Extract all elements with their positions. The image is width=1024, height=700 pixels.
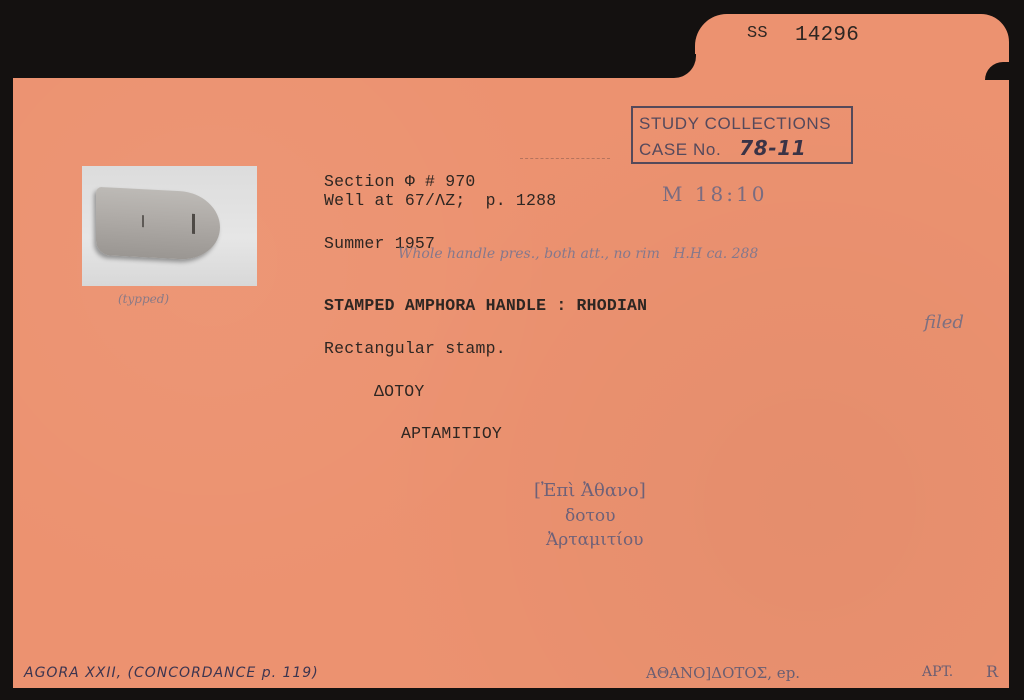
description-note: Whole handle pres., both att., no rim H.… bbox=[398, 246, 758, 262]
footer-fabric-code: APT. bbox=[922, 664, 953, 680]
stamp-case-number: 78-11 bbox=[739, 136, 806, 160]
study-collections-stamp: STUDY COLLECTIONS CASE No.78-11 bbox=[631, 106, 853, 164]
amphora-handle-image bbox=[96, 187, 220, 261]
filed-note: filed bbox=[924, 312, 964, 333]
well-line: Well at 67/ΛZ; p. 1288 bbox=[324, 191, 556, 210]
faint-dashes bbox=[520, 158, 610, 163]
grid-reference: M 18:10 bbox=[662, 182, 767, 206]
stamp-case-row: CASE No.78-11 bbox=[639, 136, 845, 162]
object-title: STAMPED AMPHORA HANDLE : RHODIAN bbox=[324, 296, 647, 315]
footer-class-letter: R bbox=[986, 662, 998, 681]
footer-publication-ref: AGORA XXII, (CONCORDANCE p. 119) bbox=[24, 665, 319, 681]
stamp-type-line: Rectangular stamp. bbox=[324, 339, 506, 358]
tab-prefix: SS bbox=[747, 24, 768, 43]
section-line: Section Φ # 970 bbox=[324, 172, 476, 191]
inscription-line-2: APTAMITIOY bbox=[401, 424, 502, 443]
reading-line-3: Ἀρταμιτίου bbox=[546, 530, 644, 550]
photo-caption: (typped) bbox=[118, 292, 169, 306]
artifact-photo bbox=[82, 166, 257, 286]
inscription-line-1: ΔOTOY bbox=[374, 382, 425, 401]
index-card-scan: SS 14296 STUDY COLLECTIONS CASE No.78-11… bbox=[0, 0, 1024, 700]
tab-inventory-number: 14296 bbox=[795, 24, 859, 47]
footer-reading: AΘANO]ΔOTOΣ, ep. bbox=[646, 664, 800, 682]
card-tab-shoulder bbox=[672, 56, 702, 80]
reading-line-2: δοτου bbox=[565, 506, 615, 526]
stamp-title: STUDY COLLECTIONS bbox=[639, 112, 845, 136]
stamp-case-label: CASE No. bbox=[639, 140, 721, 159]
reading-line-1: [Ἐπὶ Ἀθανο] bbox=[534, 480, 646, 501]
